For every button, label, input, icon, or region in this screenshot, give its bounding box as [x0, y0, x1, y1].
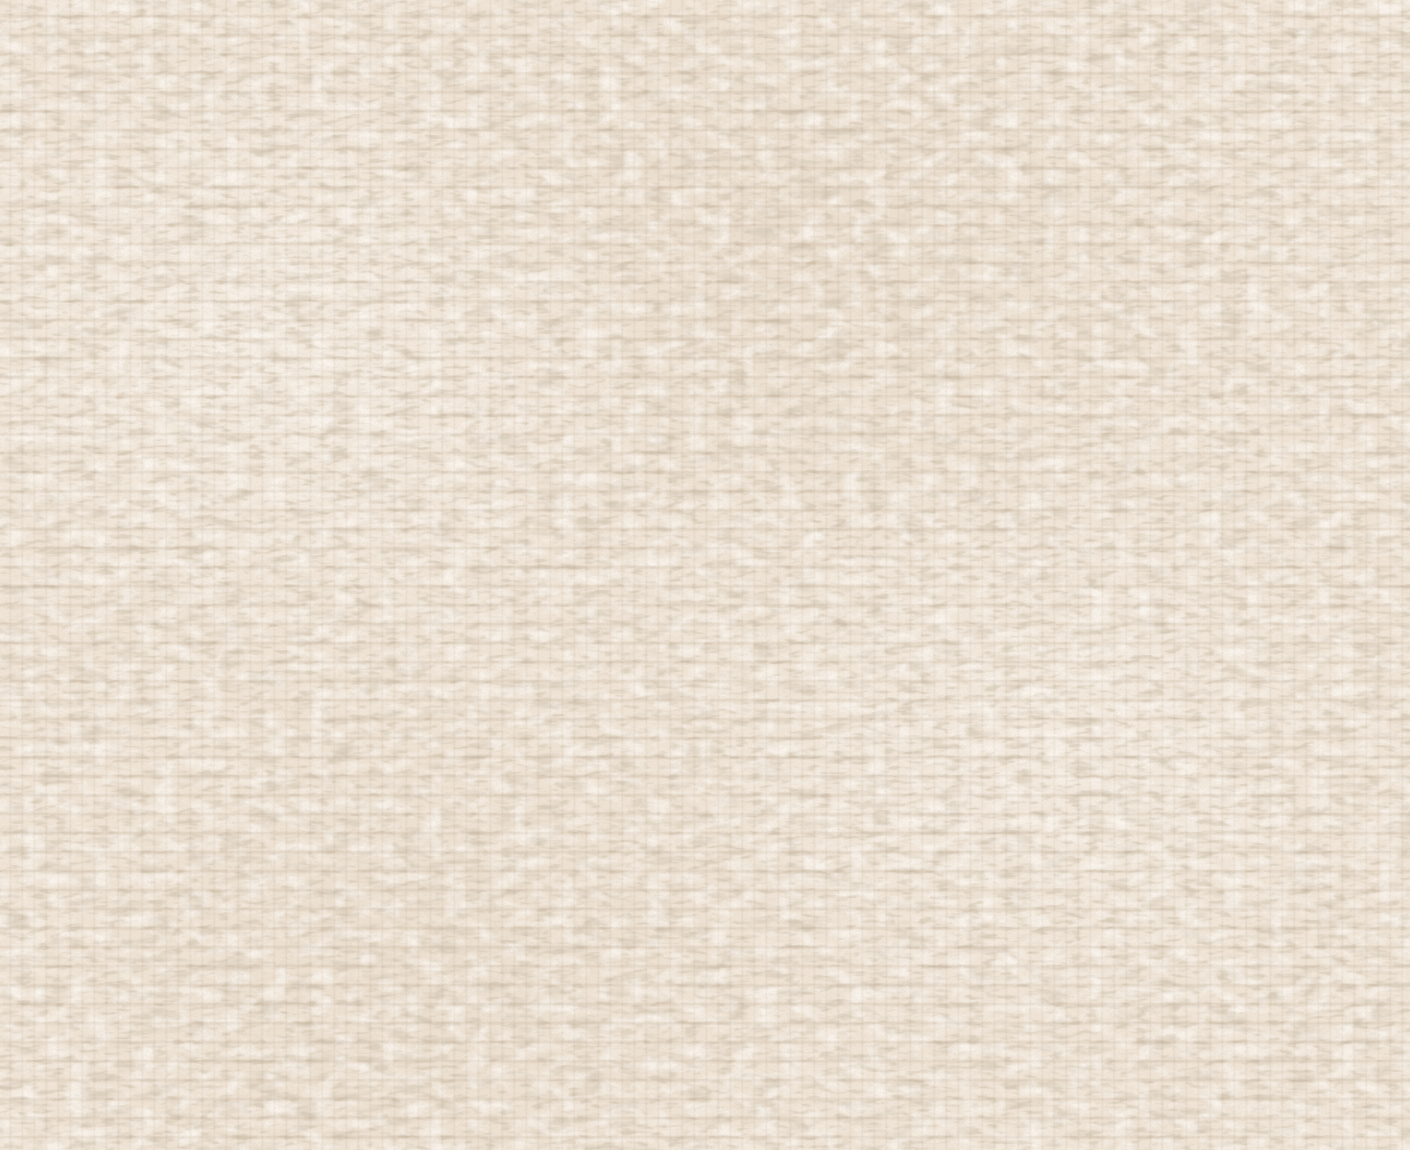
fabric-texture-photo: [0, 0, 1410, 1150]
warp-lines-layer: [0, 0, 1410, 1150]
